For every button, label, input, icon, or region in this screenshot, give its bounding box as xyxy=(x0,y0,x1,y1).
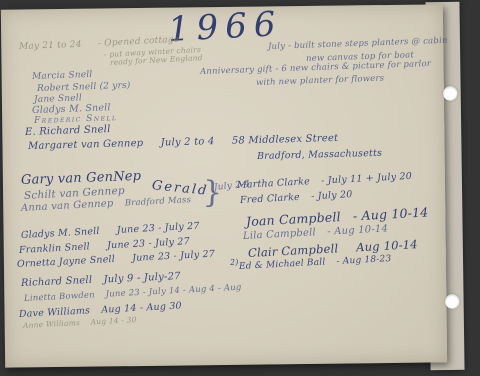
marginal-mark: 2) xyxy=(230,258,239,267)
guest-dates: July 2 to 4 xyxy=(161,136,215,148)
punch-hole-top xyxy=(443,86,458,101)
group-brace: } xyxy=(202,175,223,211)
year-title: 1966 xyxy=(167,4,283,50)
opening-party-name: Marcia Snell xyxy=(32,70,93,82)
guest-dates: - July 20 xyxy=(311,189,353,202)
punch-hole-bottom xyxy=(445,294,460,309)
scanned-page: 1966 May 21 to 24 - Opened cottage - put… xyxy=(0,0,480,376)
